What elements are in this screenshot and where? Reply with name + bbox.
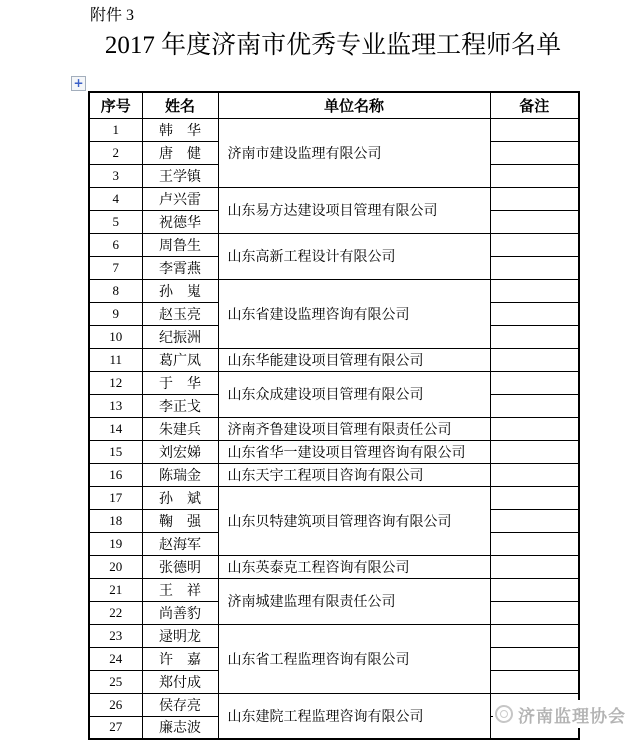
row-number-cell: 2 [89, 141, 142, 164]
row-number-cell: 16 [89, 463, 142, 486]
company-cell: 山东高新工程设计有限公司 [218, 233, 490, 279]
remark-cell [490, 256, 579, 279]
name-cell: 王学镇 [142, 164, 218, 187]
name-cell: 许 嘉 [142, 647, 218, 670]
row-number-cell: 1 [89, 118, 142, 141]
remark-cell [490, 348, 579, 371]
row-number-cell: 7 [89, 256, 142, 279]
company-cell: 山东易方达建设项目管理有限公司 [218, 187, 490, 233]
header-cell-remark: 备注 [490, 92, 579, 118]
row-number-cell: 24 [89, 647, 142, 670]
row-number-cell: 23 [89, 624, 142, 647]
engineers-table: 序号 姓名 单位名称 备注 1韩 华济南市建设监理有限公司2唐 健3王学镇4卢兴… [88, 91, 580, 740]
header-cell-no: 序号 [89, 92, 142, 118]
remark-cell [490, 164, 579, 187]
name-cell: 陈瑞金 [142, 463, 218, 486]
row-number-cell: 22 [89, 601, 142, 624]
remark-cell [490, 233, 579, 256]
name-cell: 侯存亮 [142, 693, 218, 716]
row-number-cell: 14 [89, 417, 142, 440]
company-cell: 山东英泰克工程咨询有限公司 [218, 555, 490, 578]
remark-cell [490, 371, 579, 394]
remark-cell [490, 187, 579, 210]
row-number-cell: 21 [89, 578, 142, 601]
row-number-cell: 12 [89, 371, 142, 394]
name-cell: 周鲁生 [142, 233, 218, 256]
name-cell: 张德明 [142, 555, 218, 578]
row-number-cell: 6 [89, 233, 142, 256]
table-row: 15刘宏娣山东省华一建设项目管理咨询有限公司 [89, 440, 579, 463]
table-row: 11葛广凤山东华能建设项目管理有限公司 [89, 348, 579, 371]
remark-cell [490, 118, 579, 141]
remark-cell [490, 279, 579, 302]
name-cell: 韩 华 [142, 118, 218, 141]
row-number-cell: 13 [89, 394, 142, 417]
name-cell: 孙 斌 [142, 486, 218, 509]
remark-cell [490, 601, 579, 624]
page-title: 2017 年度济南市优秀专业监理工程师名单 [83, 25, 583, 61]
remark-cell [490, 486, 579, 509]
remark-cell [490, 578, 579, 601]
table-row: 17孙 斌山东贝特建筑项目管理咨询有限公司 [89, 486, 579, 509]
row-number-cell: 10 [89, 325, 142, 348]
company-cell: 山东华能建设项目管理有限公司 [218, 348, 490, 371]
row-number-cell: 27 [89, 716, 142, 739]
table-row: 8孙 嵬山东省建设监理咨询有限公司 [89, 279, 579, 302]
table-row: 23逯明龙山东省工程监理咨询有限公司 [89, 624, 579, 647]
remark-cell [490, 302, 579, 325]
company-cell: 济南城建监理有限责任公司 [218, 578, 490, 624]
name-cell: 廉志波 [142, 716, 218, 739]
company-cell: 山东众成建设项目管理有限公司 [218, 371, 490, 417]
remark-cell [490, 509, 579, 532]
table-row: 4卢兴雷山东易方达建设项目管理有限公司 [89, 187, 579, 210]
watermark: 济南监理协会 [493, 700, 639, 728]
header-cell-company: 单位名称 [218, 92, 490, 118]
header-row: 序号 姓名 单位名称 备注 [89, 92, 579, 118]
table-row: 14朱建兵济南齐鲁建设项目管理有限责任公司 [89, 417, 579, 440]
remark-cell [490, 325, 579, 348]
row-number-cell: 3 [89, 164, 142, 187]
row-number-cell: 4 [89, 187, 142, 210]
remark-cell [490, 440, 579, 463]
company-cell: 济南市建设监理有限公司 [218, 118, 490, 187]
name-cell: 于 华 [142, 371, 218, 394]
company-cell: 山东省工程监理咨询有限公司 [218, 624, 490, 693]
name-cell: 逯明龙 [142, 624, 218, 647]
remark-cell [490, 210, 579, 233]
row-number-cell: 18 [89, 509, 142, 532]
name-cell: 李霄燕 [142, 256, 218, 279]
company-cell: 山东建院工程监理咨询有限公司 [218, 693, 490, 739]
remark-cell [490, 555, 579, 578]
remark-cell [490, 624, 579, 647]
remark-cell [490, 670, 579, 693]
company-cell: 济南齐鲁建设项目管理有限责任公司 [218, 417, 490, 440]
name-cell: 赵玉亮 [142, 302, 218, 325]
header-cell-name: 姓名 [142, 92, 218, 118]
remark-cell [490, 141, 579, 164]
name-cell: 尚善豹 [142, 601, 218, 624]
watermark-text: 济南监理协会 [518, 702, 626, 727]
name-cell: 赵海军 [142, 532, 218, 555]
name-cell: 卢兴雷 [142, 187, 218, 210]
move-icon: + [73, 76, 83, 90]
attachment-label: 附件 3 [90, 2, 134, 25]
row-number-cell: 5 [89, 210, 142, 233]
table-row: 21王 祥济南城建监理有限责任公司 [89, 578, 579, 601]
remark-cell [490, 463, 579, 486]
name-cell: 刘宏娣 [142, 440, 218, 463]
company-cell: 山东省建设监理咨询有限公司 [218, 279, 490, 348]
table-move-handle[interactable]: + [71, 76, 86, 91]
name-cell: 王 祥 [142, 578, 218, 601]
name-cell: 唐 健 [142, 141, 218, 164]
table-row: 1韩 华济南市建设监理有限公司 [89, 118, 579, 141]
remark-cell [490, 647, 579, 670]
remark-cell [490, 394, 579, 417]
row-number-cell: 9 [89, 302, 142, 325]
name-cell: 郑付成 [142, 670, 218, 693]
association-logo-icon [495, 705, 513, 723]
table-row: 20张德明山东英泰克工程咨询有限公司 [89, 555, 579, 578]
name-cell: 朱建兵 [142, 417, 218, 440]
name-cell: 李正戈 [142, 394, 218, 417]
table-row: 6周鲁生山东高新工程设计有限公司 [89, 233, 579, 256]
row-number-cell: 15 [89, 440, 142, 463]
remark-cell [490, 417, 579, 440]
remark-cell [490, 532, 579, 555]
name-cell: 纪振洲 [142, 325, 218, 348]
table-row: 16陈瑞金山东天宇工程项目咨询有限公司 [89, 463, 579, 486]
row-number-cell: 19 [89, 532, 142, 555]
row-number-cell: 17 [89, 486, 142, 509]
name-cell: 鞠 强 [142, 509, 218, 532]
name-cell: 祝德华 [142, 210, 218, 233]
table-row: 12于 华山东众成建设项目管理有限公司 [89, 371, 579, 394]
company-cell: 山东贝特建筑项目管理咨询有限公司 [218, 486, 490, 555]
row-number-cell: 26 [89, 693, 142, 716]
name-cell: 孙 嵬 [142, 279, 218, 302]
company-cell: 山东天宇工程项目咨询有限公司 [218, 463, 490, 486]
row-number-cell: 11 [89, 348, 142, 371]
company-cell: 山东省华一建设项目管理咨询有限公司 [218, 440, 490, 463]
row-number-cell: 20 [89, 555, 142, 578]
row-number-cell: 25 [89, 670, 142, 693]
row-number-cell: 8 [89, 279, 142, 302]
name-cell: 葛广凤 [142, 348, 218, 371]
